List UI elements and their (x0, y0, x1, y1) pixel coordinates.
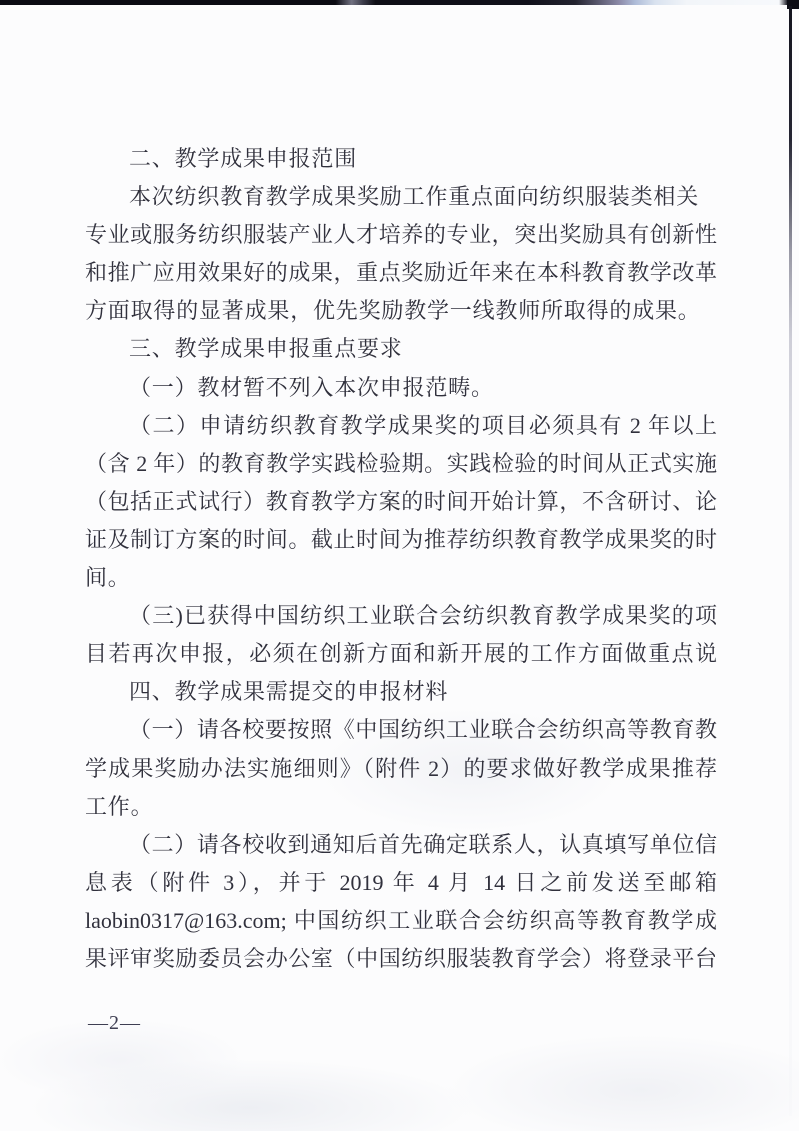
text-line: 方面取得的显著成果，优先奖励教学一线教师所取得的成果。 (85, 292, 717, 330)
text-line: 学成果奖励办法实施细则》（附件 2）的要求做好教学成果推荐 (85, 750, 717, 788)
page-number: —2— (88, 1008, 141, 1038)
text-line: 间。 (85, 559, 717, 597)
text-line: （一）请各校要按照《中国纺织工业联合会纺织高等教育教 (85, 711, 717, 749)
text-line: 果评审奖励委员会办公室（中国纺织服装教育学会）将登录平台 (85, 940, 717, 978)
text-line: （二）申请纺织教育教学成果奖的项目必须具有 2 年以上 (85, 407, 717, 445)
text-line: 目若再次申报，必须在创新方面和新开展的工作方面做重点说明。 (85, 635, 717, 673)
text-line: 三、教学成果申报重点要求 (85, 330, 717, 368)
text-line: （二）请各校收到通知后首先确定联系人，认真填写单位信 (85, 826, 717, 864)
text-line: （包括正式试行）教育教学方案的时间开始计算，不含研讨、论 (85, 483, 717, 521)
text-line: 证及制订方案的时间。截止时间为推荐纺织教育教学成果奖的时 (85, 521, 717, 559)
scan-right-edge-artifact (789, 6, 792, 1116)
text-line: 和推广应用效果好的成果，重点奖励近年来在本科教育教学改革 (85, 254, 717, 292)
scan-top-edge-artifact (0, 0, 799, 5)
text-line: 本次纺织教育教学成果奖励工作重点面向纺织服装类相关 (85, 178, 717, 216)
text-line: （三)已获得中国纺织工业联合会纺织教育教学成果奖的项 (85, 597, 717, 635)
text-line: 专业或服务纺织服装产业人才培养的专业，突出奖励具有创新性 (85, 216, 717, 254)
document-text: 二、教学成果申报范围本次纺织教育教学成果奖励工作重点面向纺织服装类相关专业或服务… (85, 140, 717, 978)
text-line: （一）教材暂不列入本次申报范畴。 (85, 369, 717, 407)
text-line: 四、教学成果需提交的申报材料 (85, 673, 717, 711)
text-line: 息表（附件 3），并于 2019 年 4 月 14 日之前发送至邮箱 (85, 864, 717, 902)
text-line: （含 2 年）的教育教学实践检验期。实践检验的时间从正式实施 (85, 445, 717, 483)
text-line: 工作。 (85, 788, 717, 826)
text-line: 二、教学成果申报范围 (85, 140, 717, 178)
text-line: laobin0317@163.com; 中国纺织工业联合会纺织高等教育教学成 (85, 902, 717, 940)
